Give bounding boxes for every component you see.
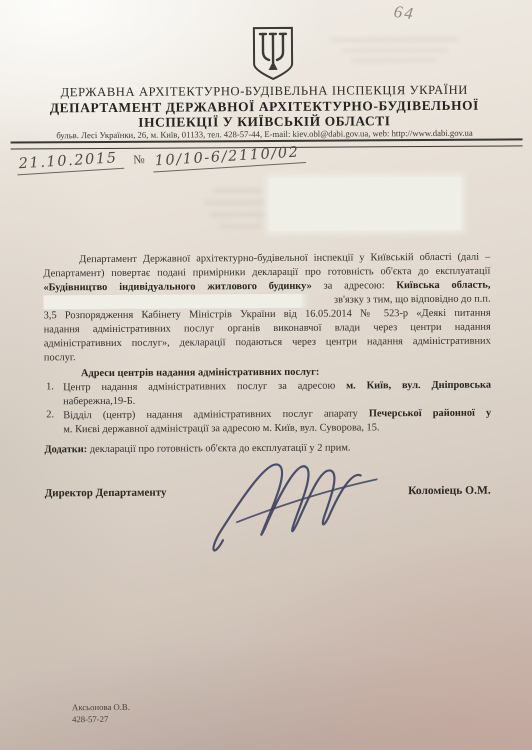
list-item-number: 1. (44, 381, 63, 409)
body-text: Відділ (центр) надання адміністративних … (63, 408, 369, 421)
redaction-address-box (44, 293, 302, 310)
body-line: Відділ (центр) надання адміністративних … (63, 407, 491, 424)
ghost-text-smudge (350, 58, 436, 63)
redaction-addressee-box (269, 177, 461, 231)
list-item-text: Відділ (центр) надання адміністративних … (63, 407, 491, 438)
body-line: зв'язку з тим, що відповідно до п.п. (44, 293, 491, 310)
list-item: 1. Центр надання адміністративних послуг… (44, 379, 491, 410)
address-highlight: м. Київ, вул. Дніпровська (346, 380, 491, 392)
body-text: за адресою: (312, 280, 397, 292)
ghost-text-smudge (342, 48, 448, 53)
list-item-text: Центр надання адміністративних послуг за… (63, 379, 491, 410)
signature-stroke (208, 443, 405, 562)
attachments-label: Додатки: (44, 444, 87, 455)
list-heading-text: Адреси центрів надання адміністративних … (81, 367, 319, 379)
ukraine-trident-icon (251, 26, 295, 82)
letter-body: Департамент Державної архітектурно-будів… (43, 251, 491, 458)
signatory-title: Директор Департаменту (45, 487, 167, 500)
handwritten-page-number: 64 (393, 2, 416, 25)
ref-date: 21.10.2015 (16, 150, 124, 176)
list-item: 2. Відділ (центр) надання адміністративн… (44, 407, 491, 438)
ghost-text-smudge (330, 37, 458, 43)
executor-name: Аксьонова О.В. (72, 701, 130, 713)
ghost-text-smudge (213, 188, 263, 193)
body-text: Центр надання адміністративних послуг за… (63, 381, 346, 394)
body-line: адміністративних послуг», декларації под… (44, 335, 491, 352)
region-name: Київська область, (396, 280, 490, 292)
list-item-number: 2. (44, 409, 63, 437)
signature-row: Директор Департаменту Коломіець О.М. (45, 485, 491, 500)
body-line: послуг. (44, 349, 491, 366)
ref-number-sign: № (133, 152, 145, 167)
executor-phone: 428-57-27 (72, 713, 130, 725)
ghost-text-smudge (203, 200, 267, 205)
ghost-text-smudge (209, 212, 267, 217)
address-highlight: Печерської районної у (369, 408, 491, 420)
reference-line: 21.10.2015 № 10/10-6/2110/02 (16, 147, 305, 174)
signatory-name: Коломіець О.М. (408, 485, 491, 498)
executor-block: Аксьонова О.В. 428-57-27 (72, 701, 130, 725)
body-line: м. Києві державної адміністрації за адре… (63, 421, 491, 438)
document-photo: 64 ДЕРЖАВНА АРХІТЕКТУРНО-БУДІВЕЛЬНА ІНСП… (0, 0, 532, 750)
object-name: «Будівництво індивідуального житлового б… (43, 281, 311, 294)
body-line: Центр надання адміністративних послуг за… (63, 379, 491, 396)
ghost-text-smudge (218, 224, 262, 228)
paper-sheet: 64 ДЕРЖАВНА АРХІТЕКТУРНО-БУДІВЕЛЬНА ІНСП… (0, 0, 532, 750)
body-text: зв'язку з тим, що відповідно до п.п. (334, 294, 491, 306)
